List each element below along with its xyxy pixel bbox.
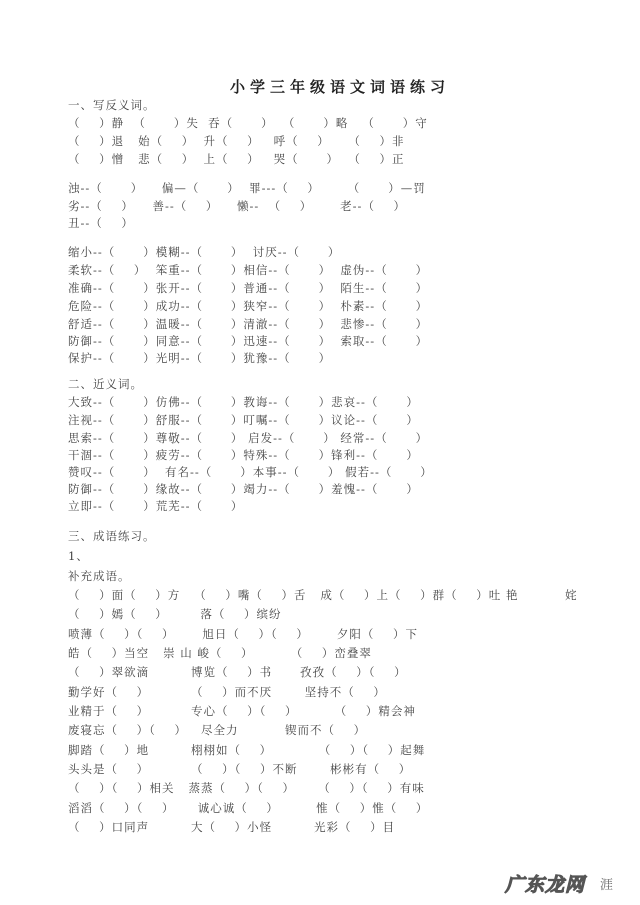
idiom-line: （ ）面（ ）方 （ ）嘴（ ）舌 成（ ）上（ ）群（ ）吐 艳 姹 — [68, 587, 578, 603]
section3-sub-heading: 补充成语。 — [68, 568, 131, 584]
section1-line: 柔软--（ ） 笨重--（ ）相信--（ ） 虚伪--（ ） — [68, 262, 428, 278]
idiom-line: （ ）翠欲滴 博览（ ）书 孜孜（ ）（ ） — [68, 664, 407, 680]
section2-line: 干涸--（ ）疲劳--（ ）特殊--（ ）锋利--（ ） — [68, 447, 419, 463]
section1-line: 浊--（ ） 偏—（ ） 罪---（ ） （ ）—罚 — [68, 180, 426, 196]
section1-line: 保护--（ ）光明--（ ）犹豫--（ ） — [68, 350, 331, 366]
section1-line: 缩小--（ ）模糊--（ ） 讨厌--（ ） — [68, 244, 340, 260]
watermark-logo: 广东龙网 — [505, 870, 585, 897]
idiom-line: （ ）（ ）相关 蒸蒸（ ）（ ） （ ）（ ）有味 — [68, 780, 425, 796]
section1-line: 防御--（ ）同意--（ ）迅速--（ ） 索取--（ ） — [68, 333, 428, 349]
section1-line: 危险--（ ）成功--（ ）狭窄--（ ） 朴素--（ ） — [68, 298, 428, 314]
idiom-line: （ ）口同声 大（ ）小怪 光彩（ ）目 — [68, 819, 395, 835]
idiom-line: 业精于（ ） 专心（ ）（ ） （ ）精会神 — [68, 703, 416, 719]
section1-line: 准确--（ ）张开--（ ）普通--（ ） 陌生--（ ） — [68, 280, 428, 296]
idiom-line: 勤学好（ ） （ ）而不厌 坚持不（ ） — [68, 684, 386, 700]
page-title: 小学三年级语文词语练习 — [0, 76, 640, 97]
section1-line: 劣--（ ） 善--（ ） 懒-- （ ） 老--（ ） — [68, 198, 406, 214]
section2-line: 立即--（ ）荒芜--（ ） — [68, 498, 243, 514]
section1-line: （ ）静 （ ）失 吞（ ） （ ）略 （ ）守 — [68, 115, 428, 131]
idiom-line: 皓（ ）当空 崇 山 峻（ ） （ ）峦叠翠 — [68, 645, 372, 661]
section2-line: 防御--（ ）缘故--（ ）竭力--（ ）羞愧--（ ） — [68, 481, 419, 497]
section1-heading: 一、写反义词。 — [68, 97, 156, 113]
watermark-tail: 涯 — [600, 874, 613, 893]
section2-line: 大致--（ ）仿佛--（ ）教诲--（ ）悲哀--（ ） — [68, 394, 419, 410]
section2-line: 注视--（ ）舒服--（ ）叮嘱--（ ）议论--（ ） — [68, 412, 419, 428]
section3-sub-number: 1、 — [68, 548, 89, 564]
idiom-line: （ ）嫣（ ） 落（ ）缤纷 — [68, 606, 281, 622]
section2-line: 赞叹--（ ） 有名--（ ）本事--（ ） 假若--（ ） — [68, 464, 433, 480]
section2-heading: 二、近义词。 — [68, 376, 143, 392]
section1-line: 舒适--（ ）温暖--（ ）清澈--（ ） 悲惨--（ ） — [68, 316, 428, 332]
section1-line: （ ）退 始（ ） 升（ ） 呼（ ） （ ）非 — [68, 133, 404, 149]
section3-heading: 三、成语练习。 — [68, 528, 156, 544]
idiom-line: 废寝忘（ ）（ ） 尽全力 锲而不（ ） — [68, 722, 366, 738]
idiom-line: 头头是（ ） （ ）（ ）不断 彬彬有（ ） — [68, 761, 411, 777]
section1-line: 丑--（ ） — [68, 215, 134, 231]
section1-line: （ ）憎 悲（ ） 上（ ） 哭（ ） （ ）正 — [68, 151, 404, 167]
idiom-line: 喷薄（ ）（ ） 旭日（ ）（ ） 夕阳（ ）下 — [68, 626, 418, 642]
idiom-line: 滔滔（ ）（ ） 诚心诚（ ） 惟（ ）惟（ ） — [68, 800, 428, 816]
section2-line: 思索--（ ）尊敬--（ ） 启发--（ ） 经常--（ ） — [68, 430, 428, 446]
idiom-line: 脚踏（ ）地 栩栩如（ ） （ ）（ ）起舞 — [68, 742, 425, 758]
worksheet-page: 小学三年级语文词语练习 一、写反义词。 （ ）静 （ ）失 吞（ ） （ ）略 … — [0, 0, 640, 905]
